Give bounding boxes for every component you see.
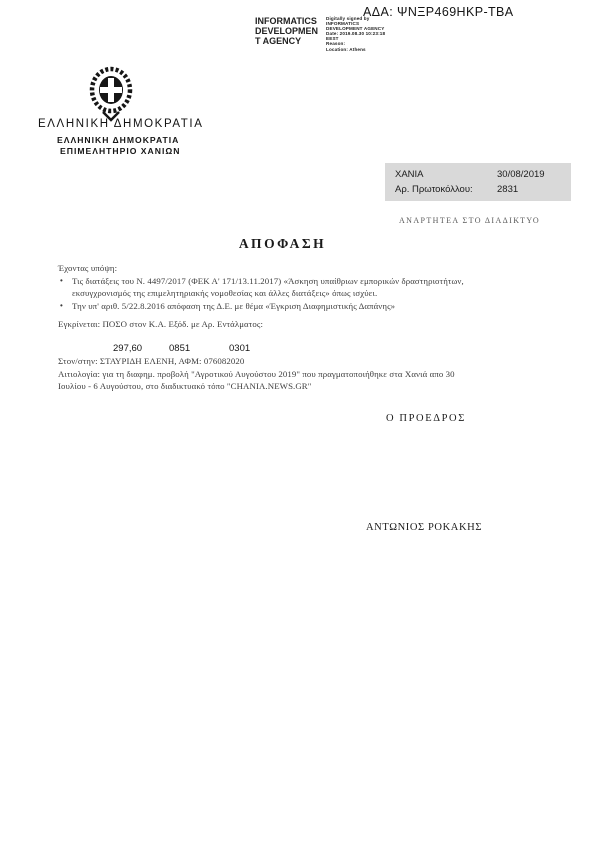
bullet-icon: •: [60, 276, 63, 285]
protocol-number-value: 2831: [497, 184, 563, 195]
justification-line: Αιτιολογία: για τη διαφημ. προβολή "Αγρο…: [58, 369, 455, 379]
justification-line: Ιουλίου - 6 Αυγούστου, στο διαδικτυακό τ…: [58, 381, 311, 391]
digital-signature-stamp: INFORMATICS DEVELOPMEN T AGENCY Digitall…: [255, 16, 445, 52]
posted-on-internet-note: ΑΝΑΡΤΗΤΕΑ ΣΤΟ ΔΙΑΔΙΚΤΥΟ: [399, 216, 540, 225]
approved-amount-value: 297,60: [113, 343, 142, 354]
city-label: ΧΑΝΙΑ: [395, 169, 497, 180]
signatory-name: ΑΝΤΩΝΙΟΣ ΡΟΚΑΚΗΣ: [366, 522, 482, 533]
organization-name: ΕΠΙΜΕΛΗΤΗΡΙΟ ΧΑΝΙΩΝ: [60, 146, 180, 156]
decision-title: ΑΠΟΦΑΣΗ: [0, 236, 565, 252]
having-regard-intro: Έχοντας υπόψη:: [58, 263, 117, 273]
protocol-number-row: Αρ. Πρωτοκόλλου: 2831: [395, 184, 563, 195]
protocol-box: ΧΑΝΙΑ 30/08/2019 Αρ. Πρωτοκόλλου: 2831: [385, 163, 571, 201]
protocol-date: 30/08/2019: [497, 169, 563, 180]
bullet-icon: •: [60, 301, 63, 310]
legal-reference-line: εκσυγχρονισμός της επιμελητηριακής νομοθ…: [72, 288, 377, 298]
stamp-agency-name: INFORMATICS DEVELOPMEN T AGENCY: [255, 16, 318, 52]
warrant-number-value: 0301: [229, 343, 250, 354]
protocol-city-row: ΧΑΝΙΑ 30/08/2019: [395, 169, 563, 180]
document-page: ΑΔΑ: ΨΝΞΡ469ΗΚΡ-ΤΒΑ INFORMATICS DEVELOPM…: [0, 0, 595, 842]
beneficiary-line: Στον/στην: ΣΤΑΥΡΙΔΗ ΕΛΕΝΗ, ΑΦΜ: 07608202…: [58, 356, 244, 366]
hellenic-republic-subtitle: ΕΛΛΗΝΙΚΗ ΔΗΜΟΚΡΑΤΙΑ: [57, 135, 179, 145]
hellenic-republic-title: ΕΛΛΗΝΙΚΗ ΔΗΜΟΚΡΑΤΙΑ: [38, 118, 203, 130]
stamp-signature-details: Digitally signed by INFORMATICS DEVELOPM…: [326, 16, 385, 52]
signatory-role: Ο ΠΡΟΕΔΡΟΣ: [386, 413, 466, 424]
legal-reference-line: Τις διατάξεις του Ν. 4497/2017 (ΦΕΚ Α' 1…: [72, 276, 464, 286]
stamp-detail-line: Location: Athens: [326, 47, 385, 52]
committee-decision-line: Την υπ' αριθ. 5/22.8.2016 απόφαση της Δ.…: [72, 301, 395, 311]
account-code-value: 0851: [169, 343, 190, 354]
protocol-number-label: Αρ. Πρωτοκόλλου:: [395, 184, 497, 195]
approval-template-line: Εγκρίνεται: ΠΟΣΟ στον Κ.Α. Εξόδ. με Αρ. …: [58, 319, 263, 329]
